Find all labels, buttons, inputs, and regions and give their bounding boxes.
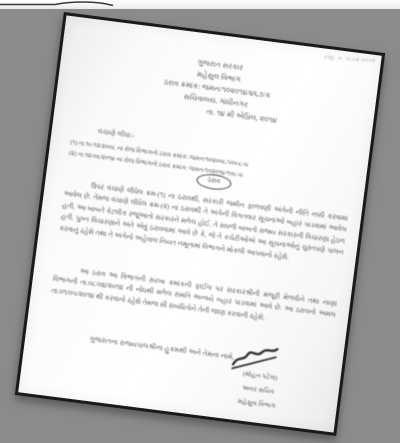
photo-top-edge-strip xyxy=(0,0,400,9)
photo-background: { "scene": { "background_color": "#8b8b8… xyxy=(0,0,400,443)
torn-edge-mark xyxy=(0,0,130,9)
letter-content: રજી. નં. ૩૬૬૪-૨૦૧૨ ગુજરાત સરકાર મહેસુલ વ… xyxy=(18,15,382,432)
closing-line: ગુજરાતના રાજ્યપાલશ્રીના હુકમથી અને તેમના… xyxy=(89,335,235,362)
scanned-letter-page: રજી. નં. ૩૬૬૪-૨૦૧૨ ગુજરાત સરકાર મહેસુલ વ… xyxy=(15,12,385,436)
handwritten-corner-note: રજી. નં. ૩૬૬૪-૨૦૧૨ xyxy=(324,55,376,66)
letter-header: ગુજરાત સરકાર મહેસુલ વિભાગ ઠરાવ ક્રમાંક: … xyxy=(56,39,379,139)
body-paragraph-1: ઉપર વંચાણે લીધેલ ક્રમ-(૧) ના ઠરાવથી, સરક… xyxy=(59,178,349,271)
body-paragraph-2: આ ઠરાવ આ વિભાગની સરખા ક્રમાંકની ફાઈલ પર … xyxy=(51,263,338,333)
signer-block: (મોહન પટેલ) અવર સચિવ મહેસુલ વિભાગ xyxy=(204,363,312,418)
read-references-label: વંચાણે લીધા:- xyxy=(97,127,135,141)
